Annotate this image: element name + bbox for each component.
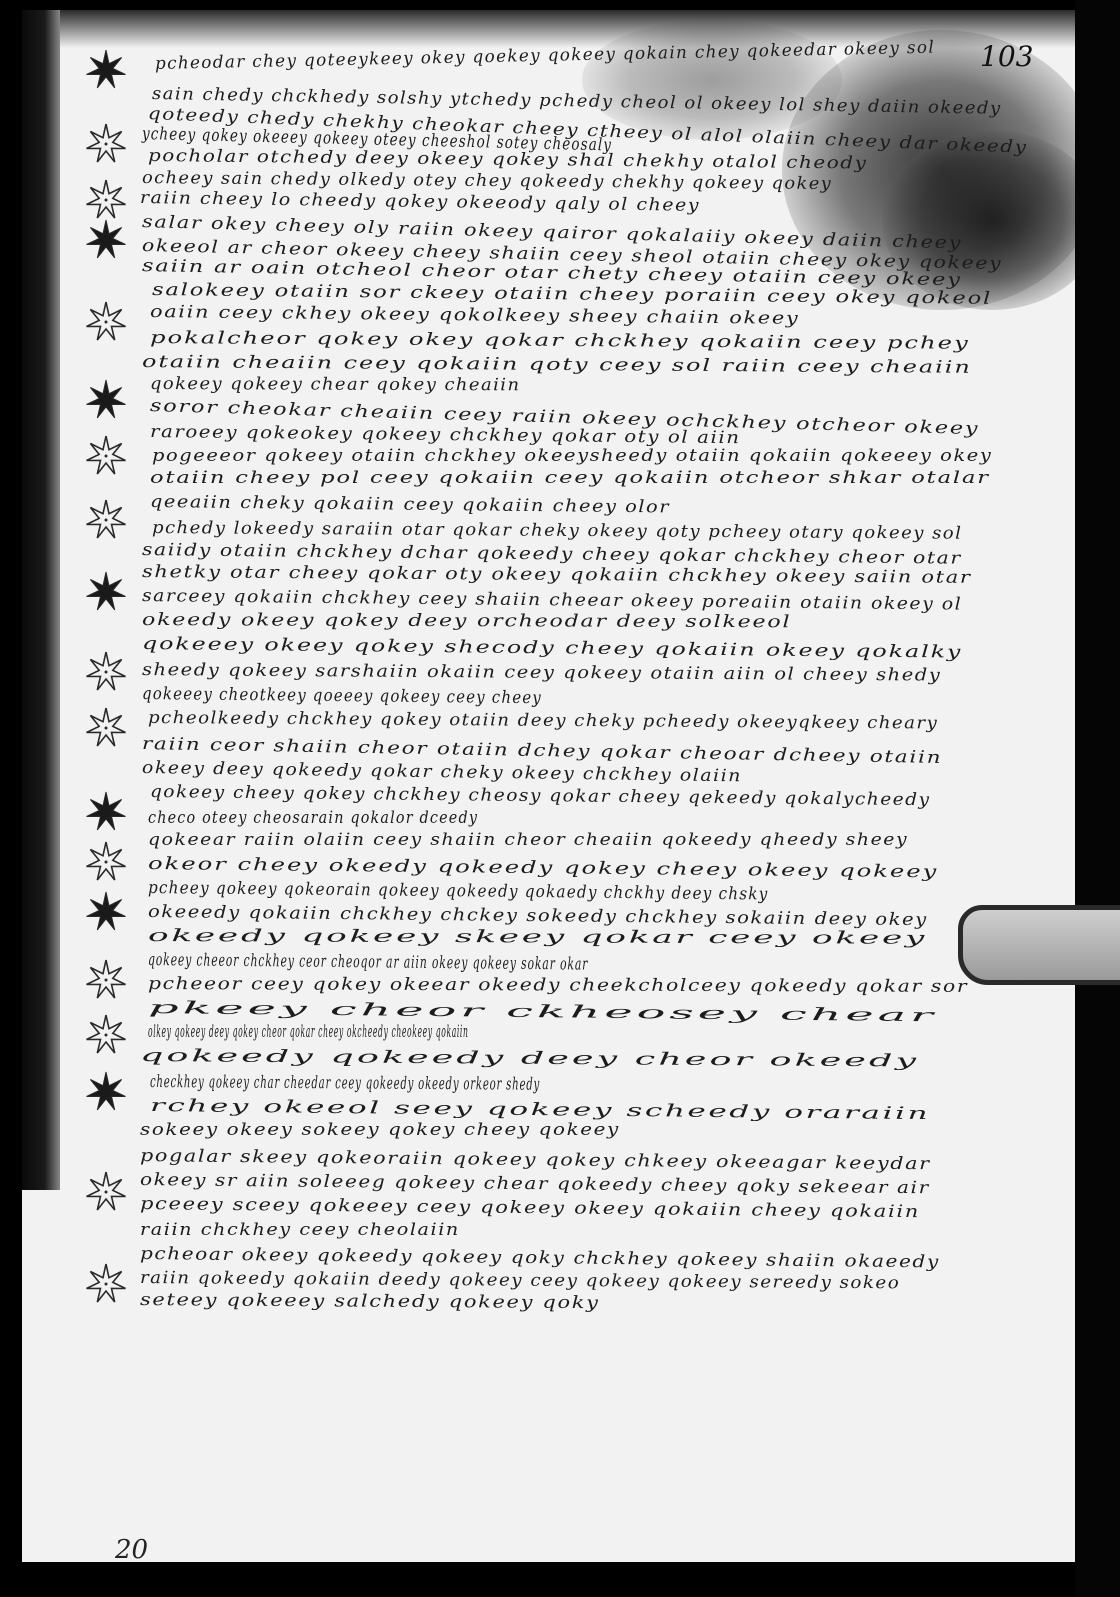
manuscript-line: qokeey cheey qokey chckhey cheosy qokar … (150, 782, 931, 810)
folio-number: 103 (980, 40, 1033, 73)
manuscript-line: sokeey okeey sokeey qokey cheey qokeey (140, 1120, 620, 1140)
filled-star-icon (84, 48, 128, 92)
hollow-star-icon (84, 706, 128, 750)
manuscript-page: 103 pcheodar chey qoteeykeey okey qoekey… (22, 10, 1120, 1562)
manuscript-line: pchedy lokeedy saraiin otar qokar cheky … (152, 518, 963, 544)
filled-star-icon (84, 890, 128, 934)
manuscript-line: sheedy qokeey sarshaiin okaiin ceey qoke… (142, 660, 942, 686)
manuscript-line: otaiin cheey pol ceey qokaiin ceey qokai… (150, 468, 990, 488)
manuscript-line: checo oteey cheosarain qokalor dceedy (148, 808, 478, 828)
manuscript-line: raiin qokeedy qokaiin deedy qokeey ceey … (140, 1268, 900, 1293)
manuscript-line: oaiin ceey ckhey okeey qokolkeey sheey c… (150, 302, 800, 329)
filled-star-icon (84, 378, 128, 422)
manuscript-line: okeedy okeey qokey deey orcheodar deey s… (142, 610, 791, 632)
page-clip-tab (958, 905, 1120, 985)
hollow-star-icon (84, 300, 128, 344)
hollow-star-icon (84, 650, 128, 694)
bottom-page-number: 20 (115, 1535, 148, 1565)
filled-star-icon (84, 1070, 128, 1114)
manuscript-line: qokeear raiin olaiin ceey shaiin cheor c… (148, 830, 908, 850)
filled-star-icon (84, 790, 128, 834)
manuscript-line: raiin chckhey ceey cheolaiin (140, 1220, 460, 1240)
hollow-star-icon (84, 122, 128, 166)
manuscript-line: pcheey qokeey qokeorain qokeey qokeedy q… (148, 878, 769, 904)
filled-star-icon (84, 570, 128, 614)
hollow-star-icon (84, 958, 128, 1002)
manuscript-line: pogeeeor qokeey otaiin chckhey okeeyshee… (152, 446, 992, 466)
manuscript-line: checkhey qokeey char cheedar ceey qokeed… (150, 1072, 540, 1095)
manuscript-line: pcheolkeedy chckhey qokey otaiin deey ch… (148, 708, 938, 734)
manuscript-line: qokeey qokeey chear qokey cheaiin (150, 374, 521, 395)
hollow-star-icon (84, 178, 128, 222)
manuscript-line: pogalar skeey qokeoraiin qokeey qokey ch… (140, 1146, 931, 1174)
hollow-star-icon (84, 840, 128, 884)
manuscript-line: pceeey sceey qokeeey ceey qokeey okeey q… (140, 1194, 920, 1222)
manuscript-line: qokeeey okeey qokey shecody cheey qokaii… (142, 634, 963, 663)
manuscript-line: pokalcheor qokey okey qokar chckhey qoka… (150, 328, 970, 354)
hollow-star-icon (84, 498, 128, 542)
manuscript-line: okeor cheey okeedy qokeedy qokey cheey o… (148, 854, 939, 882)
binding-edge (22, 10, 60, 1190)
manuscript-line: qokeeey cheotkeey qoeeey qokeey ceey che… (142, 684, 542, 708)
hollow-star-icon (84, 434, 128, 478)
manuscript-line: okeedy qokeey skeey qokar ceey okeey (148, 926, 927, 949)
right-background (1075, 0, 1120, 1597)
filled-star-icon (84, 218, 128, 262)
manuscript-line: qokeey cheeor chckhey ceor cheoqor ar ai… (148, 950, 588, 975)
hollow-star-icon (84, 1170, 128, 1214)
manuscript-line: qokeedy qokeedy deey cheor okeedy (140, 1046, 919, 1071)
manuscript-line: raiin cheey lo cheedy qokey okeeody qaly… (140, 188, 700, 216)
manuscript-line: okeey sr aiin soleeeg qokeey chear qokee… (140, 1170, 930, 1198)
manuscript-line: olkey qokeey deey qokey cheor qokar chee… (148, 1022, 469, 1042)
manuscript-line: seteey qokeeey salchedy qokeey qoky (140, 1290, 600, 1313)
manuscript-line: qeeaiin cheky qokaiin ceey qokaiin cheey… (150, 492, 670, 517)
hollow-star-icon (84, 1013, 128, 1057)
hollow-star-icon (84, 1262, 128, 1306)
manuscript-line: pcheeor ceey qokey okeear okeedy cheekch… (148, 974, 968, 997)
